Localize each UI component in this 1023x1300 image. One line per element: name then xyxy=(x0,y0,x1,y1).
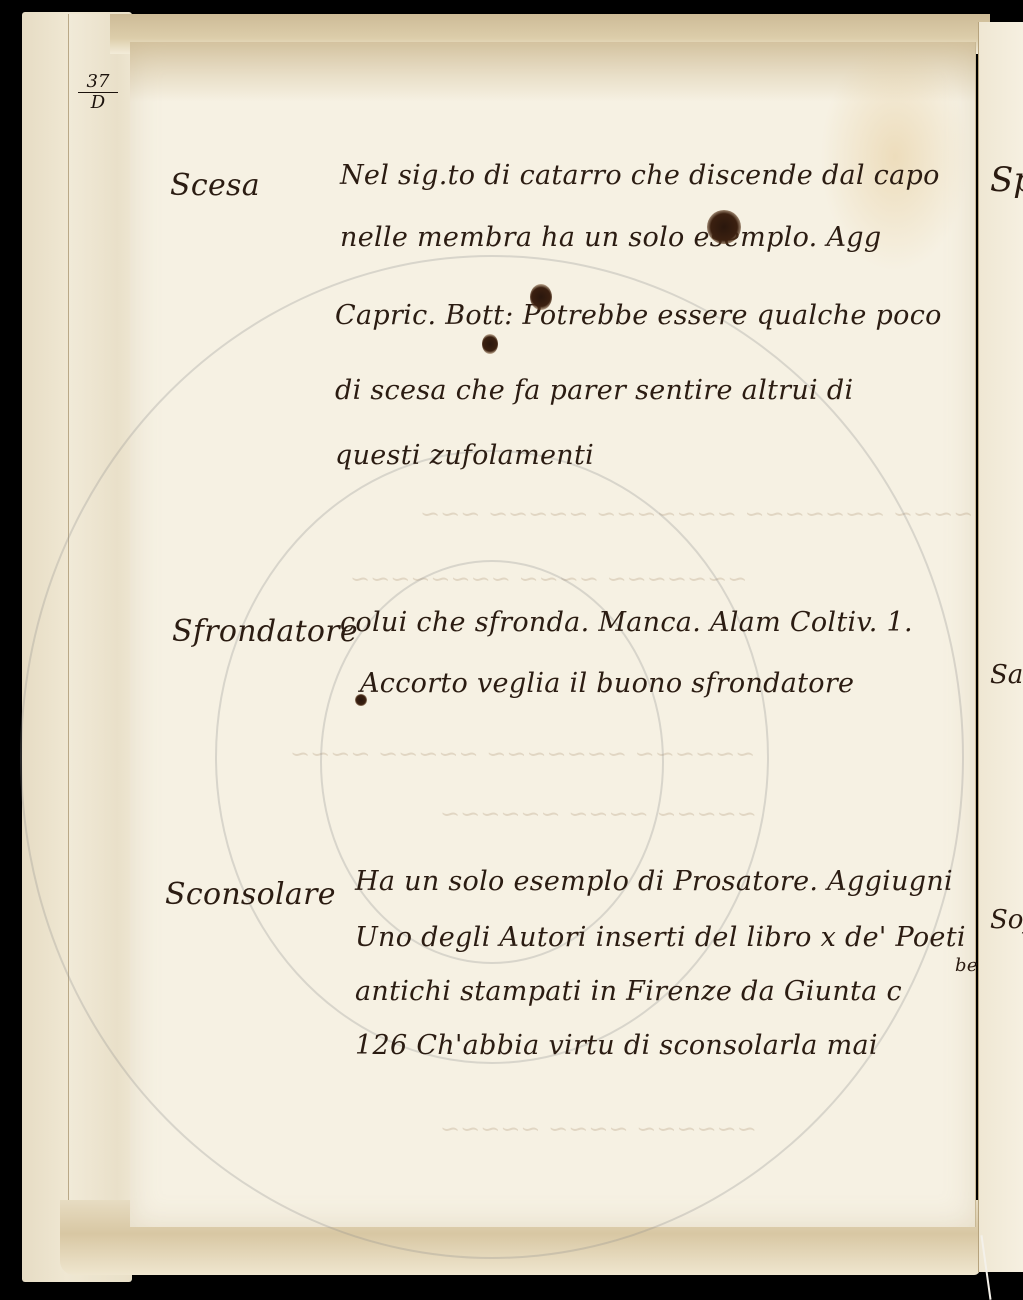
headword: Sfrondatore xyxy=(172,614,358,649)
facing-page-edge xyxy=(978,22,1023,1272)
superscript-note: be xyxy=(955,955,978,976)
entry-line: 126 Ch'abbia virtu di sconsolarla mai xyxy=(355,1030,878,1061)
facing-page-fragment: Sp xyxy=(990,160,1023,200)
entry-line: Accorto veglia il buono sfrondatore xyxy=(360,668,854,699)
entry-line: nelle membra ha un solo esemplo. Agg xyxy=(340,222,881,253)
show-through-text: ~~~~~~~ ~~~~ ~~~~~~~~ xyxy=(350,565,747,593)
entry-line: Nel sig.to di catarro che discende dal c… xyxy=(340,160,940,191)
ink-blot xyxy=(707,210,741,244)
show-through-text: ~~~~ ~~~~~~~ ~~~~~~~ ~~~~~ ~~~ xyxy=(420,500,973,528)
folio-mark: 37 D xyxy=(78,72,118,113)
ink-blot xyxy=(482,334,498,354)
headword: Scesa xyxy=(170,168,260,203)
headword: Sconsolare xyxy=(165,877,336,912)
entry-line: colui che sfronda. Manca. Alam Coltiv. 1… xyxy=(340,607,913,638)
show-through-text: ~~~~~~ ~~~~~~~ ~~~~~ ~~~~ xyxy=(290,740,755,768)
ink-blot xyxy=(530,284,552,310)
entry-line: questi zufolamenti xyxy=(335,440,594,471)
facing-page-fragment: Sof xyxy=(990,905,1023,935)
facing-page-fragment: Sagg xyxy=(990,660,1023,690)
entry-line: Uno degli Autori inserti del libro x de'… xyxy=(355,922,966,953)
show-through-text: ~~~~~~ ~~~~ ~~~~~ xyxy=(440,1115,757,1143)
entry-line: antichi stampati in Firenze da Giunta c xyxy=(355,976,902,1007)
entry-line: Capric. Bott: Potrebbe essere qualche po… xyxy=(335,300,942,331)
ink-blot xyxy=(355,694,367,706)
entry-line: Ha un solo esemplo di Prosatore. Aggiugn… xyxy=(355,866,953,897)
entry-line: di scesa che fa parer sentire altrui di xyxy=(335,375,853,406)
manuscript-scan: Sp Sagg Sof ~~~~ ~~~~~~~ ~~~~~~~ ~~~~~ ~… xyxy=(0,0,1023,1300)
show-through-text: ~~~~~ ~~~~ ~~~~~~ xyxy=(440,800,757,828)
